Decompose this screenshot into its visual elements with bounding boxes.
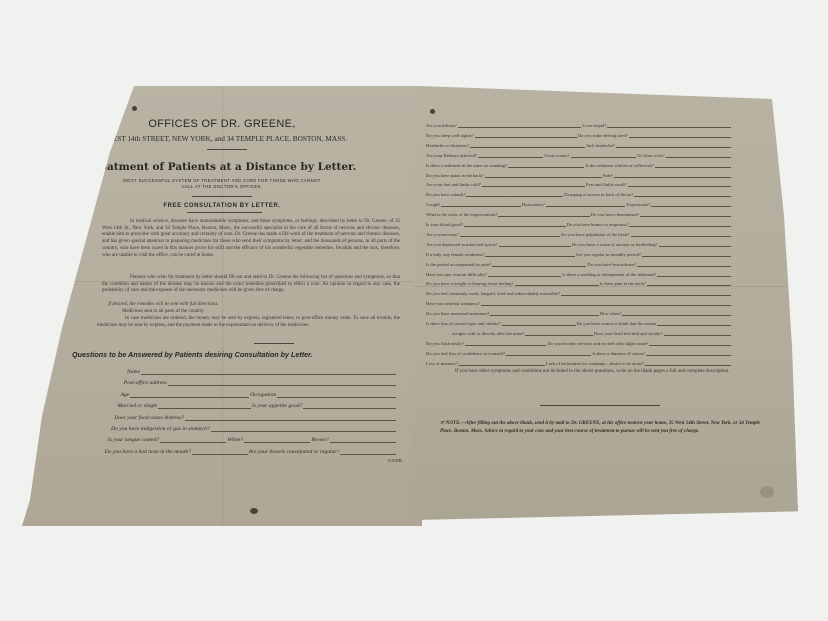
form-row: Do you have a weight or bearing down fee… (426, 281, 732, 286)
answer-field[interactable] (141, 369, 396, 375)
question-label: Occupation (250, 392, 276, 398)
form-row: Name (127, 369, 397, 375)
blank-pages-instructions: If you have other symptoms and condition… (445, 368, 745, 375)
answer-field[interactable] (211, 426, 396, 432)
answer-field[interactable] (647, 281, 731, 286)
form-row: Have you any ovarian difficulty?Is there… (426, 272, 732, 277)
form-row: Is your blood good?Do you have humor or … (426, 222, 732, 227)
answer-field[interactable] (642, 252, 731, 257)
question-label: Do you have a weight or bearing down fee… (426, 281, 514, 286)
question-label: Post-office address (124, 380, 167, 386)
form-row: Are you bilious?Liver torpid? (426, 123, 732, 128)
stain (250, 508, 258, 514)
form-row: Do you have indigestion or gas in stomac… (111, 426, 397, 432)
answer-field[interactable] (525, 331, 592, 336)
answer-field[interactable] (303, 403, 396, 409)
form-row: Does your food cause distress? (114, 415, 397, 421)
form-row: Are your feet and limbs cold?Feet and An… (426, 182, 732, 187)
question-label: Is there loss of sexual vigor and vitali… (426, 321, 501, 326)
answer-field[interactable] (490, 311, 599, 316)
question-label: What is the color of the expectoration? (426, 212, 497, 217)
blank-pages-text: If you have other symptoms and condition… (445, 369, 729, 374)
form-row: What is the color of the expectoration?D… (426, 212, 732, 217)
left-page: OFFICES OF DR. GREENE, 35 WEST 14th STRE… (22, 86, 422, 526)
answer-field[interactable] (651, 202, 731, 207)
answer-field[interactable] (481, 301, 731, 306)
question-label: Are you bilious? (426, 123, 457, 128)
answer-field[interactable] (458, 123, 582, 128)
answer-field[interactable] (640, 212, 731, 217)
answer-field[interactable] (185, 415, 396, 421)
question-label: Does your head feel dull and cloudy? (594, 331, 663, 336)
form-row: Is there a sediment in the urine on stan… (426, 163, 732, 168)
form-row: Is your tongue coated?White?Brown? (108, 437, 397, 443)
form-row: Loss of memory?Lack of inclination for c… (426, 361, 732, 366)
answer-field[interactable] (277, 392, 396, 398)
form-row: Married or singleIs your appetite good? (117, 403, 397, 409)
question-label: White? (227, 437, 243, 443)
answer-field[interactable] (645, 361, 731, 366)
answer-field[interactable] (466, 192, 563, 197)
main-title: Treatment of Patients at a Distance by L… (22, 161, 422, 173)
answer-field[interactable] (659, 242, 731, 247)
question-label: Do you have nocturnal emissions? (426, 311, 489, 316)
question-label: Do you feel loss of confidence in yourse… (426, 351, 505, 356)
answer-field[interactable] (646, 351, 731, 356)
form-row: Is the period accompanied by pain?Do you… (426, 262, 732, 267)
answer-field[interactable] (160, 437, 226, 443)
question-label: Dropping of mucus in back of throat? (564, 192, 633, 197)
office-title: OFFICES OF DR. GREENE, (22, 118, 422, 130)
question-label: Is the sediment whitish or yellowish? (585, 163, 654, 168)
answer-field[interactable] (330, 437, 396, 443)
question-label: Do you have reason to think that the sem… (577, 321, 657, 326)
over-label: [OVER (388, 458, 402, 463)
form-row: Is there loss of sexual vigor and vitali… (426, 321, 732, 326)
form-row: Do you have a bad taste in the mouth?Are… (105, 449, 397, 455)
answer-field[interactable] (629, 222, 731, 227)
question-label: Do you feel constantly weak, languid, ti… (426, 291, 560, 296)
question-label: Side? (603, 173, 613, 178)
answer-field[interactable] (561, 291, 731, 296)
answer-field[interactable] (628, 182, 731, 187)
answer-field[interactable] (158, 403, 251, 409)
question-label: If a lady, any female weakness? (426, 252, 484, 257)
answer-field[interactable] (622, 311, 731, 316)
question-label: Lack of inclination for company—desire t… (546, 361, 644, 366)
answer-field[interactable] (546, 202, 626, 207)
answer-field[interactable] (657, 321, 731, 326)
question-label: Urine scanty? (544, 153, 569, 158)
answer-field[interactable] (657, 272, 731, 277)
answer-field[interactable] (478, 153, 543, 158)
question-label: Are you nervous? (426, 232, 459, 237)
question-label: Are your feet and limbs cold? (426, 182, 481, 187)
question-label: Do you have a sense of anxiety or forebo… (572, 242, 658, 247)
divider (187, 212, 262, 213)
subtitle-line-2: CALL AT THE DOCTOR'S OFFICES. (22, 184, 422, 190)
office-address: 35 WEST 14th STREET, NEW YORK, and 34 TE… (22, 134, 422, 143)
form-row: Do you flush easily?Do you become nervou… (426, 341, 732, 346)
question-label: Is there a swelling or enlargement of th… (562, 272, 656, 277)
remedies-note: If desired, the remedies will be sent wi… (108, 302, 398, 309)
question-label: Are you regular in monthly period? (576, 252, 641, 257)
question-label: Age (121, 392, 130, 398)
question-label: Brown? (311, 437, 329, 443)
form-row: escapes with or directly after the urine… (452, 331, 732, 336)
answer-field[interactable] (607, 123, 731, 128)
answer-field[interactable] (515, 281, 599, 286)
divider (207, 149, 247, 150)
form-row: Do you have pains in the back?Side? (426, 173, 732, 178)
question-label: escapes with or directly after the urine… (452, 331, 524, 336)
answer-field[interactable] (664, 331, 731, 336)
question-label: Feet and Ankle swell? (586, 182, 627, 187)
question-label: Expectorate? (626, 202, 650, 207)
answer-field[interactable] (459, 361, 545, 366)
form-row: Are your Kidneys affected?Urine scanty?O… (426, 153, 732, 158)
note-paragraph: ☞ NOTE.—After filling out the above blan… (440, 420, 760, 435)
form-row: Do you feel constantly weak, languid, ti… (426, 291, 732, 296)
question-label: Do you have leucorrhoea? (587, 262, 635, 267)
question-label: Have you any ovarian difficulty? (426, 272, 487, 277)
question-label: Are you depressed in mind and spirits? (426, 242, 498, 247)
stain (760, 486, 774, 498)
question-label: Name (127, 369, 140, 375)
shipping-note: Medicines sent to all parts of the count… (122, 309, 402, 316)
answer-field[interactable] (460, 232, 560, 237)
punch-hole (430, 109, 435, 114)
answer-field[interactable] (475, 133, 577, 138)
question-label: Is your appetite good? (252, 403, 303, 409)
answer-field[interactable] (464, 222, 566, 227)
answer-field[interactable] (244, 437, 310, 443)
answer-field[interactable] (482, 182, 585, 187)
question-label: Headache or dizziness? (426, 143, 469, 148)
question-label: Sick headache? (586, 143, 614, 148)
form-row: If a lady, any female weakness?Are you r… (426, 252, 732, 257)
question-label: Do you sleep well nights? (426, 133, 474, 138)
answer-field[interactable] (666, 153, 731, 158)
answer-field[interactable] (465, 341, 547, 346)
questions-heading: Questions to be Answered by Patients des… (72, 350, 313, 359)
form-row: Do you feel loss of confidence in yourse… (426, 351, 732, 356)
form-row: Post-office address (124, 380, 397, 386)
answer-field[interactable] (614, 173, 731, 178)
punch-hole (132, 106, 137, 111)
question-label: Of what color? (637, 153, 665, 158)
question-label: Are your Kidneys affected? (426, 153, 477, 158)
question-label: Is your tongue coated? (108, 437, 159, 443)
form-row: AgeOccupation (121, 392, 397, 398)
question-label: Is there a sediment in the urine on stan… (426, 163, 507, 168)
answer-field[interactable] (499, 242, 571, 247)
question-label: Have you seminal weakness? (426, 301, 480, 306)
question-label: Does your food cause distress? (114, 415, 184, 421)
question-label: Are your bowels constipated or regular? (249, 449, 340, 455)
divider (540, 405, 660, 406)
question-label: How often? (600, 311, 622, 316)
form-row: Do you have catarrh?Dropping of mucus in… (426, 192, 732, 197)
question-label: Is the period accompanied by pain? (426, 262, 491, 267)
payment-paragraph: In case medicines are ordered, the money… (97, 316, 400, 329)
question-label: Do you have pains in the back? (426, 173, 484, 178)
question-label: Is there a dimness of vision? (592, 351, 644, 356)
question-label: Do you flush easily? (426, 341, 464, 346)
question-label: Do you have rheumatism? (591, 212, 639, 217)
question-label: Hoarseness? (522, 202, 545, 207)
question-label: Loss of memory? (426, 361, 458, 366)
question-label: Do you wake feeling tired? (578, 133, 628, 138)
answer-field[interactable] (130, 392, 249, 398)
subtitle: MOST SUCCESSFUL SYSTEM OF TREATMENT AND … (22, 178, 422, 190)
question-label: Do you become nervous and excited with s… (547, 341, 648, 346)
answer-field[interactable] (506, 351, 591, 356)
question-label: Married or single (117, 403, 157, 409)
question-label: Do you have catarrh? (426, 192, 465, 197)
answer-field[interactable] (649, 341, 731, 346)
answer-field[interactable] (634, 192, 731, 197)
question-label: Is your blood good? (426, 222, 463, 227)
question-label: Do you have indigestion or gas in stomac… (111, 426, 210, 432)
answer-field[interactable] (492, 262, 586, 267)
answer-field[interactable] (168, 380, 396, 386)
answer-field[interactable] (485, 173, 602, 178)
divider (254, 343, 294, 344)
answer-field[interactable] (340, 449, 396, 455)
form-row: Headache or dizziness?Sick headache? (426, 143, 732, 148)
question-label: Do you have a bad taste in the mouth? (105, 449, 191, 455)
answer-field[interactable] (502, 321, 576, 326)
question-label: Liver torpid? (582, 123, 606, 128)
answer-field[interactable] (629, 133, 731, 138)
answer-field[interactable] (485, 252, 574, 257)
answer-field[interactable] (631, 232, 731, 237)
form-row: Do you have nocturnal emissions?How ofte… (426, 311, 732, 316)
answer-field[interactable] (508, 163, 584, 168)
form-row: Are you depressed in mind and spirits?Do… (426, 242, 732, 247)
form-row: Cough?Hoarseness?Expectorate? (426, 202, 732, 207)
question-label: Cough? (426, 202, 440, 207)
answer-field[interactable] (192, 449, 248, 455)
question-label: Is there pain in the back? (600, 281, 646, 286)
answer-field[interactable] (637, 262, 731, 267)
answer-field[interactable] (488, 272, 562, 277)
answer-field[interactable] (470, 143, 585, 148)
divider (192, 196, 252, 197)
question-label: Do you have humor or eruptions? (567, 222, 629, 227)
right-page: Are you bilious?Liver torpid?Do you slee… (400, 86, 800, 520)
answer-field[interactable] (655, 163, 731, 168)
instructions-paragraph: Persons who wish for treatment by letter… (102, 275, 400, 295)
answer-field[interactable] (441, 202, 521, 207)
answer-field[interactable] (498, 212, 589, 217)
form-row: Do you sleep well nights?Do you wake fee… (426, 133, 732, 138)
question-label: Do you have palpitation of the heart? (561, 232, 629, 237)
answer-field[interactable] (571, 153, 636, 158)
free-consultation-heading: FREE CONSULTATION BY LETTER. (22, 203, 422, 209)
form-row: Have you seminal weakness? (426, 301, 732, 306)
form-row: Are you nervous?Do you have palpitation … (426, 232, 732, 237)
intro-paragraph: In medical science, diseases have unmist… (102, 219, 400, 259)
answer-field[interactable] (616, 143, 731, 148)
